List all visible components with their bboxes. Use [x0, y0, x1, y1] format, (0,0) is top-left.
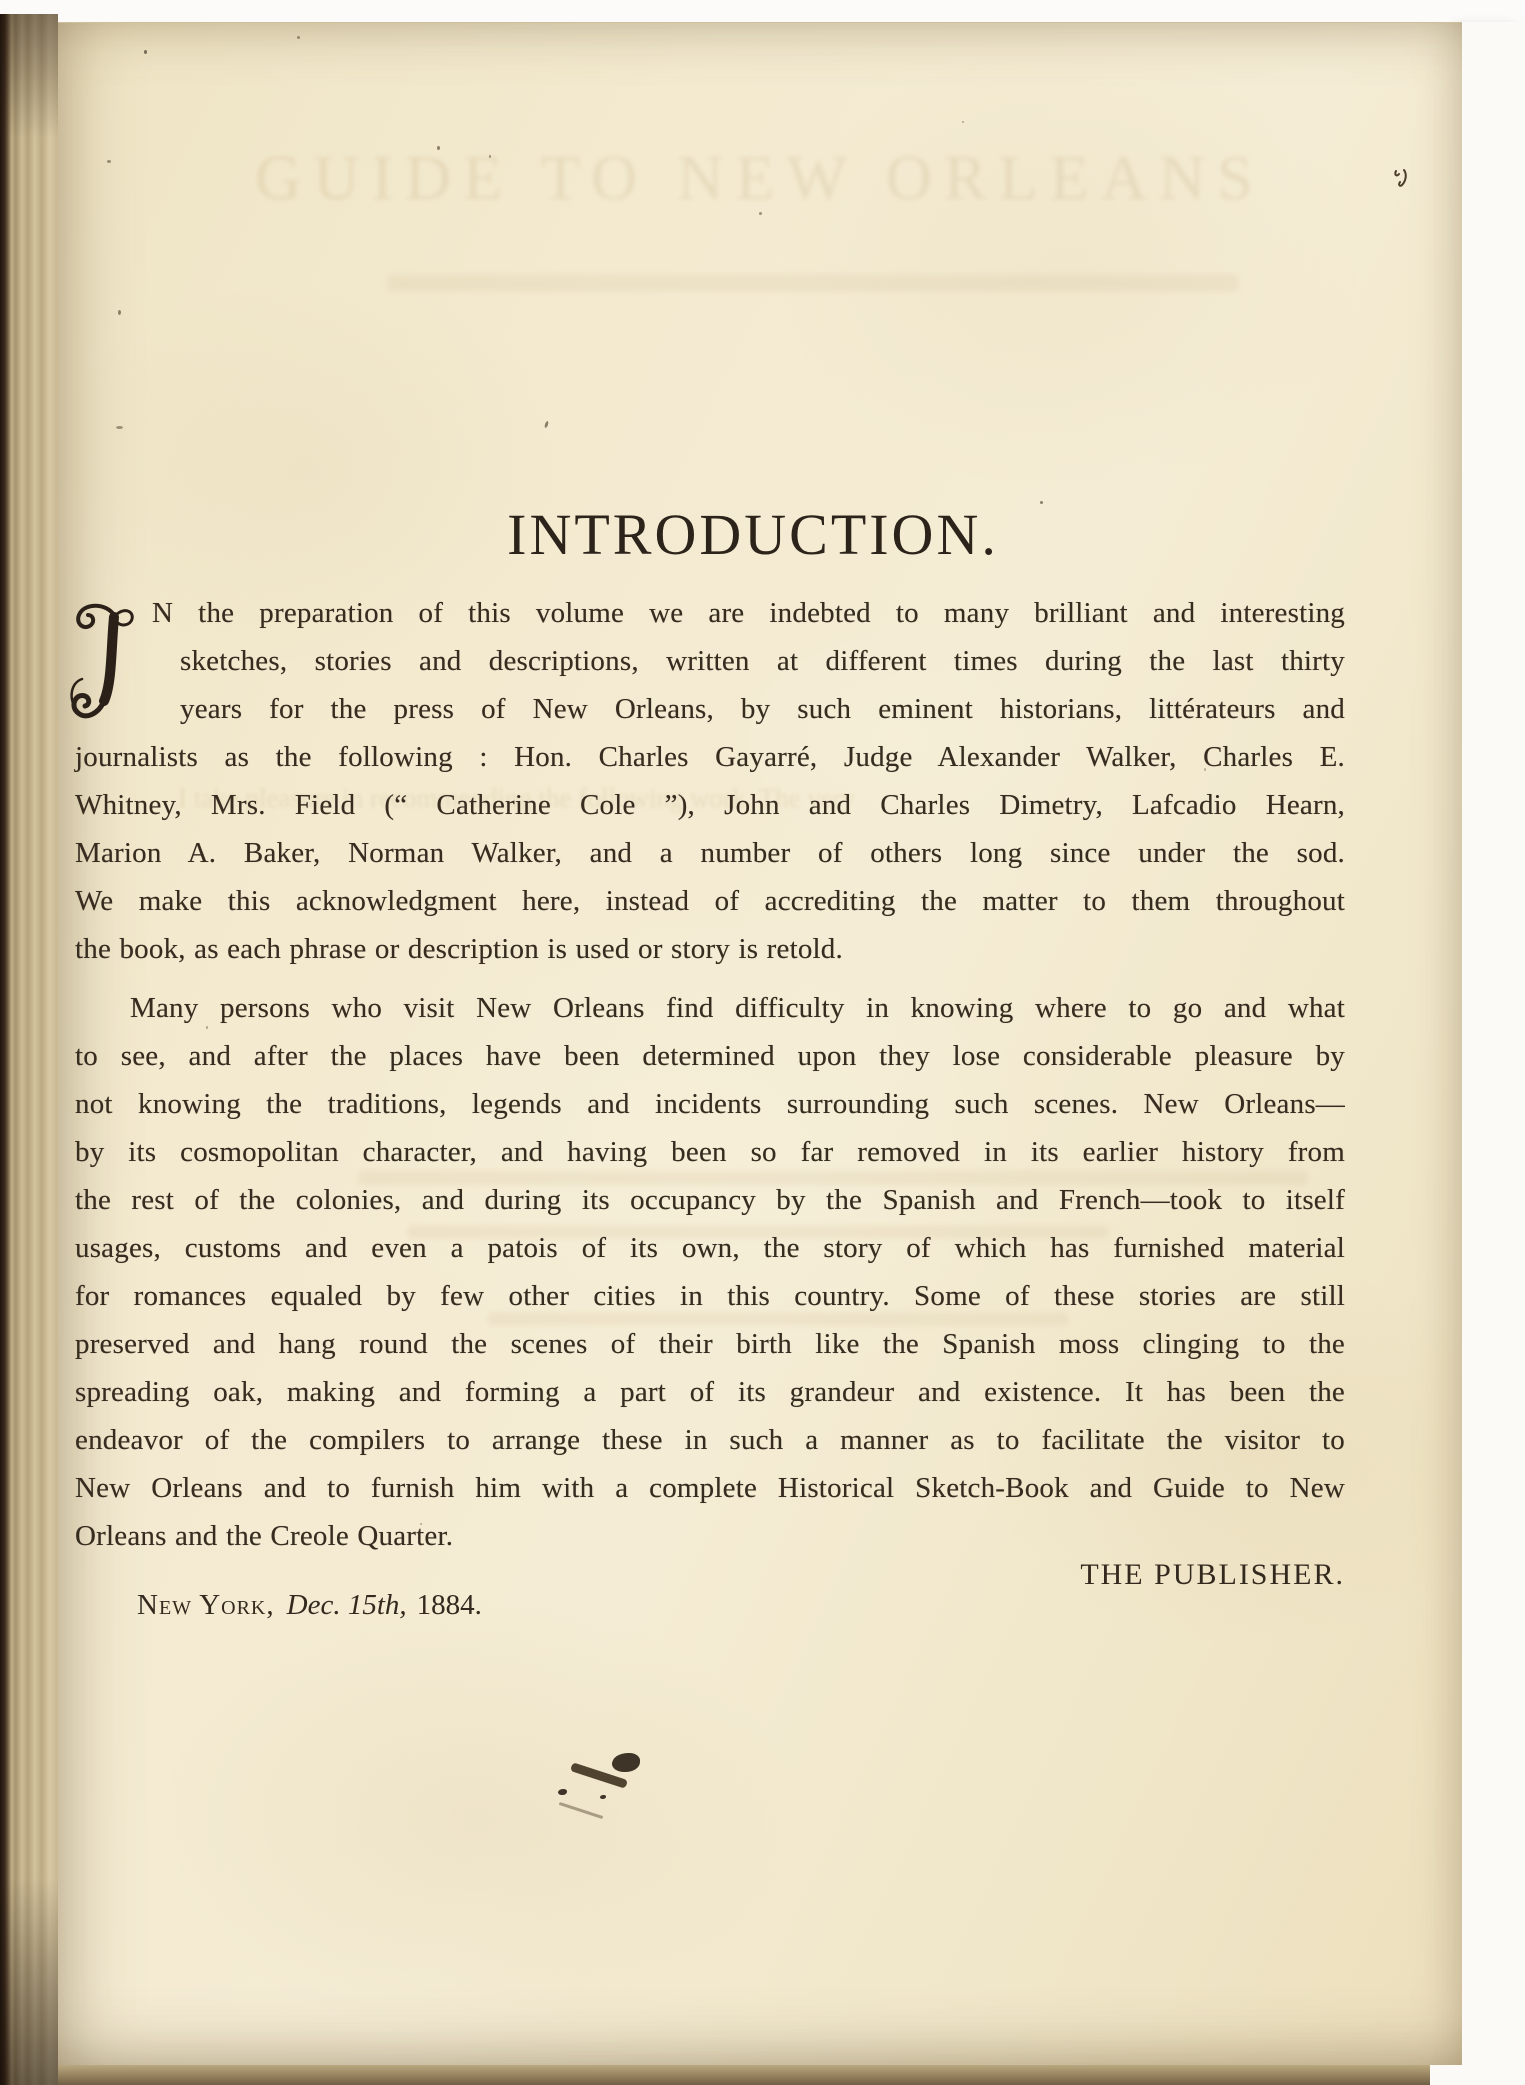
text-line: Marion A. Baker, Norman Walker, and a nu…	[75, 829, 1345, 877]
ink-speck	[420, 1523, 422, 1525]
background-corner	[1430, 2064, 1525, 2085]
ink-speck	[1204, 768, 1206, 771]
dateline: New York,Dec. 15th,1884.	[137, 1585, 482, 1625]
text-line: New Orleans and to furnish him with a co…	[75, 1464, 1345, 1512]
text-line: Many persons who visit New Orleans find …	[75, 984, 1345, 1032]
text-line: We make this acknowledgment here, instea…	[75, 877, 1345, 925]
ink-speck	[437, 146, 440, 150]
ink-speck	[144, 50, 147, 54]
ink-speck	[206, 1026, 208, 1029]
ink-speck	[759, 212, 762, 215]
pen-mark-icon	[1392, 165, 1412, 191]
dateline-year: 1884.	[417, 1589, 482, 1621]
book-spine	[0, 14, 58, 2085]
dateline-date: Dec. 15th,	[287, 1589, 407, 1621]
page-bottom-edge	[58, 2064, 1430, 2085]
text-line: Orleans and the Creole Quarter.	[75, 1512, 1345, 1560]
ink-speck	[116, 426, 123, 429]
text-line: by its cosmopolitan character, and havin…	[75, 1128, 1345, 1176]
text-line: preserved and hang round the scenes of t…	[75, 1320, 1345, 1368]
book-photo: GUIDE TO NEW ORLEANS I take pleasure in …	[0, 0, 1525, 2085]
page: GUIDE TO NEW ORLEANS I take pleasure in …	[58, 22, 1462, 2065]
ink-speck	[1040, 501, 1043, 504]
text-line: the book, as each phrase or description …	[75, 925, 1345, 973]
ink-speck	[297, 36, 300, 39]
background-right-strip	[1460, 22, 1525, 2064]
text-line: journalists as the following : Hon. Char…	[75, 733, 1345, 781]
paragraph-2: Many persons who visit New Orleans find …	[75, 984, 1345, 1560]
text-line: usages, customs and even a patois of its…	[75, 1224, 1345, 1272]
ink-speck	[107, 160, 111, 163]
text-line: for romances equaled by few other cities…	[75, 1272, 1345, 1320]
text-line: years for the press of New Orleans, by s…	[75, 685, 1345, 733]
text-line: N the preparation of this volume we are …	[75, 589, 1345, 637]
ink-speck	[489, 155, 491, 158]
dateline-place: New York,	[137, 1589, 275, 1621]
text-line: to see, and after the places have been d…	[75, 1032, 1345, 1080]
text-line: endeavor of the compilers to arrange the…	[75, 1416, 1345, 1464]
page-title: INTRODUCTION.	[118, 501, 1388, 568]
ink-speck	[544, 421, 549, 429]
ink-speck	[962, 121, 964, 123]
showthrough-title: GUIDE TO NEW ORLEANS	[58, 141, 1462, 215]
paragraph-1: N the preparation of this volume we are …	[75, 589, 1345, 973]
showthrough-smudge	[388, 275, 1238, 291]
text-line: the rest of the colonies, and during its…	[75, 1176, 1345, 1224]
text-line: not knowing the traditions, legends and …	[75, 1080, 1345, 1128]
ink-speck	[118, 310, 121, 315]
text-line: spreading oak, making and forming a part…	[75, 1368, 1345, 1416]
text-line: sketches, stories and descriptions, writ…	[75, 637, 1345, 685]
text-line: Whitney, Mrs. Field (“ Catherine Cole ”)…	[75, 781, 1345, 829]
